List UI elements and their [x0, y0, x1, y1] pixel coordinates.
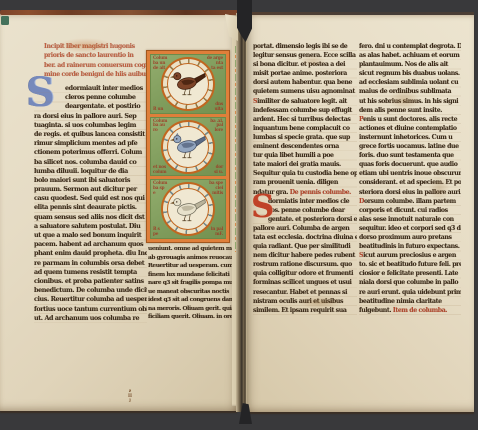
medallion-ring	[161, 120, 215, 174]
text-line: nem dicitur habere pedes rubent	[253, 251, 357, 260]
caption-fragment: ba spe ciei mitis	[209, 181, 223, 195]
text-line: ut his sobrius simus. in his signi	[359, 97, 461, 106]
text-line: de regis. et quibus lancea consistit	[34, 130, 147, 139]
text-line: Penis u sunt doctores. alis recte	[359, 115, 461, 124]
text-line: pallore auri. Columba de argen	[253, 224, 357, 233]
right-page: portat. dimensio legis ibi se delegitur …	[246, 15, 474, 412]
right-page-column-2: fero. dni u contemplat degrota. Duas ala…	[359, 42, 461, 315]
text-line: elita pennis sint deaurate pictis.	[34, 203, 147, 212]
text-line: ra dorsi eius in pallore auri. Sep	[34, 112, 147, 121]
text-line: Incipit liber magistri hugonis	[44, 42, 148, 51]
text-line: ut que a malo sed bonum inquirit	[34, 231, 147, 240]
text-line: cleros penne columbe	[65, 93, 147, 102]
text-line: na meroris. Oliuam gerit. quia am	[148, 305, 236, 314]
text-line: fulgebunt. Item de columba.	[359, 306, 461, 315]
text-line: forminas scilicet ungues et usui	[253, 278, 357, 287]
text-line: cionibus. et proba patienter satins	[34, 277, 147, 286]
text-line: dorsi autem habentur. qua bene	[253, 78, 357, 87]
text-line: ueniunt. omne ad quietem mentis.	[148, 245, 236, 254]
text-line: beatitudinis in futuro expectans.	[359, 242, 461, 251]
bookmark-tab	[1, 16, 9, 25]
text-line: fero. dni u contemplat degrota. Du	[359, 42, 461, 51]
text-line: cius. Reuertitur columba ad uesperam	[34, 295, 147, 304]
text-line: indefessam columbe sup effugit	[253, 106, 357, 115]
medallion	[167, 126, 209, 168]
text-line: ficiliam querit. Oliuam. in ore	[148, 313, 236, 322]
text-line: Dorsum columbe. illam partem	[359, 197, 461, 206]
col1-top: portat. dimensio legis ibi se delegitur …	[253, 42, 357, 197]
text-line: ba silicet nos. columba dauid co	[34, 158, 147, 167]
text-line: inquantum bene complacuit co	[253, 124, 357, 133]
bird-medallion-panel: Colum ba un de ait de arge nta ta est R …	[146, 50, 230, 243]
text-line: edormiauit inter medios	[65, 84, 147, 93]
text-line: legitur sensus genera. Ecce scilla	[253, 51, 357, 60]
text-line: quas foris docuerunt. que audio	[359, 160, 461, 169]
text-line: nistram oculis auri et uisibus	[253, 297, 357, 306]
text-line: ab gyrouagis animos reuocauit.	[148, 254, 236, 263]
text-line: si bona dicitur. et postea a dei	[253, 60, 357, 69]
text-line: ctionem poterimus offerri. Colum	[34, 148, 147, 157]
text-line: phant enim dauid propheta. diu Inq	[34, 249, 147, 258]
text-line: fortius uoce tantum currentium obi	[34, 305, 147, 314]
text-line: lumba diluuii. loquitur de dia	[34, 167, 147, 176]
brown-dove-icon	[170, 70, 206, 97]
medallion	[167, 188, 209, 230]
text-line: mine corde benigni de hiis auibus.	[44, 70, 148, 79]
text-line: dem alis penne sunt insite.	[359, 106, 461, 115]
text-line: quam sensus sed aliis nos dicit dst	[34, 213, 147, 222]
text-line: grece fortis uocamus. latine due	[359, 142, 461, 151]
text-line: foris. duo sunt testamenta que	[359, 151, 461, 160]
medallion-ring	[161, 57, 215, 111]
medallion-ring	[161, 182, 215, 236]
caption-fragment: ba .xl. pal lore	[210, 119, 223, 133]
text-line: a saluatore salutem postulat. Diu	[34, 222, 147, 231]
text-line: Reuertitur ad uesperam. cum de	[148, 262, 236, 271]
text-line: idest q3 sit ad congruens dam.	[148, 296, 236, 305]
text-line: resecantur. Habet et pennas si	[253, 288, 357, 297]
text-line: maius de ordinibus sublimata	[359, 87, 461, 96]
caption-fragment: R s pe	[153, 227, 160, 237]
text-line: deargentate. et postirio	[65, 102, 147, 111]
medallion	[167, 63, 209, 105]
text-line: actiones et diuine contemplatio	[359, 124, 461, 133]
text-line: similem. Et ipsam requirit sua	[253, 306, 357, 315]
text-line: insternunt inhetorices. Cum u	[359, 133, 461, 142]
text-line: ber. ad rainerum conuersum cogno	[44, 61, 148, 70]
panel-square-brown-dove: Colum ba un de ait de arge nta ta est R …	[150, 54, 226, 114]
text-line: sequitur. ideo et corpori sed q3 de	[359, 224, 461, 233]
text-line: gentate. et posteriora dorsi ei	[268, 215, 357, 224]
text-line: Sicut aurum preciosius e argen	[359, 251, 461, 260]
text-line: tata est ecclesia. doctrina diuina elo	[253, 233, 357, 242]
text-line: quietem sumens uisu agnominat	[253, 87, 357, 96]
book-top-edge	[0, 10, 238, 15]
text-line: finem lux mundane felicitati	[148, 271, 236, 280]
text-line: ciosior e felicitate presenti. Late	[359, 269, 461, 278]
text-line: lumbas si specie grata. que sup	[253, 133, 357, 142]
gutter-crease	[244, 14, 246, 411]
manuscript-photo: Incipit liber magistri hugonisprioris de…	[0, 0, 478, 430]
text-line: prioris de sancto laurentio in	[44, 51, 148, 60]
panel-square-blue-dove: Colum ba au ro ba .xl. pal lore et nos c…	[150, 117, 226, 177]
text-line: corporis et dicunt. cui radios	[359, 206, 461, 215]
book-top-edge-right	[246, 12, 474, 15]
text-line: re parmam in columbis orsa debet	[34, 259, 147, 268]
caption-fragment: in pal mF.	[211, 227, 223, 237]
left-page-main-column: edormiauit inter medioscleros penne colu…	[34, 84, 147, 323]
left-page: Incipit liber magistri hugonisprioris de…	[0, 13, 237, 411]
col1-bottom: pallore auri. Columba de argentata est e…	[253, 224, 357, 315]
text-line: tuaginta. si uos columbas legim	[34, 121, 147, 130]
text-line: quia colligitur odore et frumenti	[253, 269, 357, 278]
quire-signature-mark: ƨ II ȷ	[122, 390, 138, 404]
illuminated-initial-red-s: S	[251, 192, 274, 220]
blue-dove-icon	[170, 133, 206, 160]
caption-fragment: dns uita	[215, 102, 223, 112]
left-page-lower-column: ueniunt. omne ad quietem mentis.ab gyrou…	[148, 245, 236, 322]
text-line: re auri erunt. quia uidebunt prima	[359, 288, 461, 297]
text-line: ardent. Hec si turribus delectas	[253, 115, 357, 124]
text-line: sicut regnum bis duabus uolans.	[359, 69, 461, 78]
white-dove-icon	[170, 196, 206, 223]
text-line: etiam ubi uentris inoue obscurum	[359, 169, 461, 178]
text-line: alas sese innotuit naturale con	[359, 215, 461, 224]
text-line: steriora dorsi eius in pallore auri.	[359, 188, 461, 197]
caption-fragment: dor si u.	[214, 165, 223, 175]
text-line: prauum. Sermon aut dicitur per	[34, 185, 147, 194]
text-line: portat. dimensio legis ibi se de	[253, 42, 357, 51]
left-page-rubric: Incipit liber magistri hugonisprioris de…	[44, 42, 148, 80]
text-line: ut. Ad archanum uos columba re	[34, 314, 147, 323]
text-line: ad ecclesiam sublimia uolant cu	[359, 78, 461, 87]
text-line: pacem. habent ad archanum quos	[34, 240, 147, 249]
text-line: dormiatis inter medios cle	[268, 197, 357, 206]
text-line: tate maiori dei gratia mauis.	[253, 160, 357, 169]
text-line: Sequitur quia tu custodia bene ope	[253, 169, 357, 178]
text-line: benedictum. De columba unde dicit	[34, 286, 147, 295]
text-line: to. sic et beatitudo future feli. pre	[359, 260, 461, 269]
text-line: Similiter de saluatore legit. ait	[253, 97, 357, 106]
text-line: eminent descendentes orna	[253, 142, 357, 151]
text-line: casu quodest. Sed quid est nos qui	[34, 194, 147, 203]
text-line: as alas habet. achiuam et eorum	[359, 51, 461, 60]
panel-square-white-dove: Colum ba sp e ba spe ciei mitis R s pe i…	[150, 179, 226, 239]
text-line: rostrum ratione discursum. quo	[253, 260, 357, 269]
text-line: beatitudine nimia claritate	[359, 297, 461, 306]
text-line: rimur simplicium mentes ad pfe	[34, 139, 147, 148]
caption-fragment: et nos colum	[153, 165, 166, 175]
right-page-column-1: portat. dimensio legis ibi se delegitur …	[253, 42, 357, 315]
text-line: bolo maiori sunt ibi saluatoris	[34, 176, 147, 185]
text-line: tur quia libet humili a poe	[253, 151, 357, 160]
text-line: considerant. et ad speciem. Et po	[359, 178, 461, 187]
text-line: nare q3 sit fragilis pompa mundi	[148, 279, 236, 288]
text-line: ad quem tumens resistit tempta	[34, 268, 147, 277]
text-line: misit portae anime. posteriora	[253, 69, 357, 78]
text-line: plantauimum. Nos de alis ait	[359, 60, 461, 69]
text-line: dorso proximum auro pretans	[359, 233, 461, 242]
text-line: quia radiant. Que per similitudi	[253, 242, 357, 251]
text-line: ros. penne columbe dear	[268, 206, 357, 215]
text-line: ue maneat obscuritas noctis	[148, 288, 236, 297]
caption-fragment: R un	[153, 107, 163, 112]
text-line: niala dorsi que columbe in pallo	[359, 278, 461, 287]
